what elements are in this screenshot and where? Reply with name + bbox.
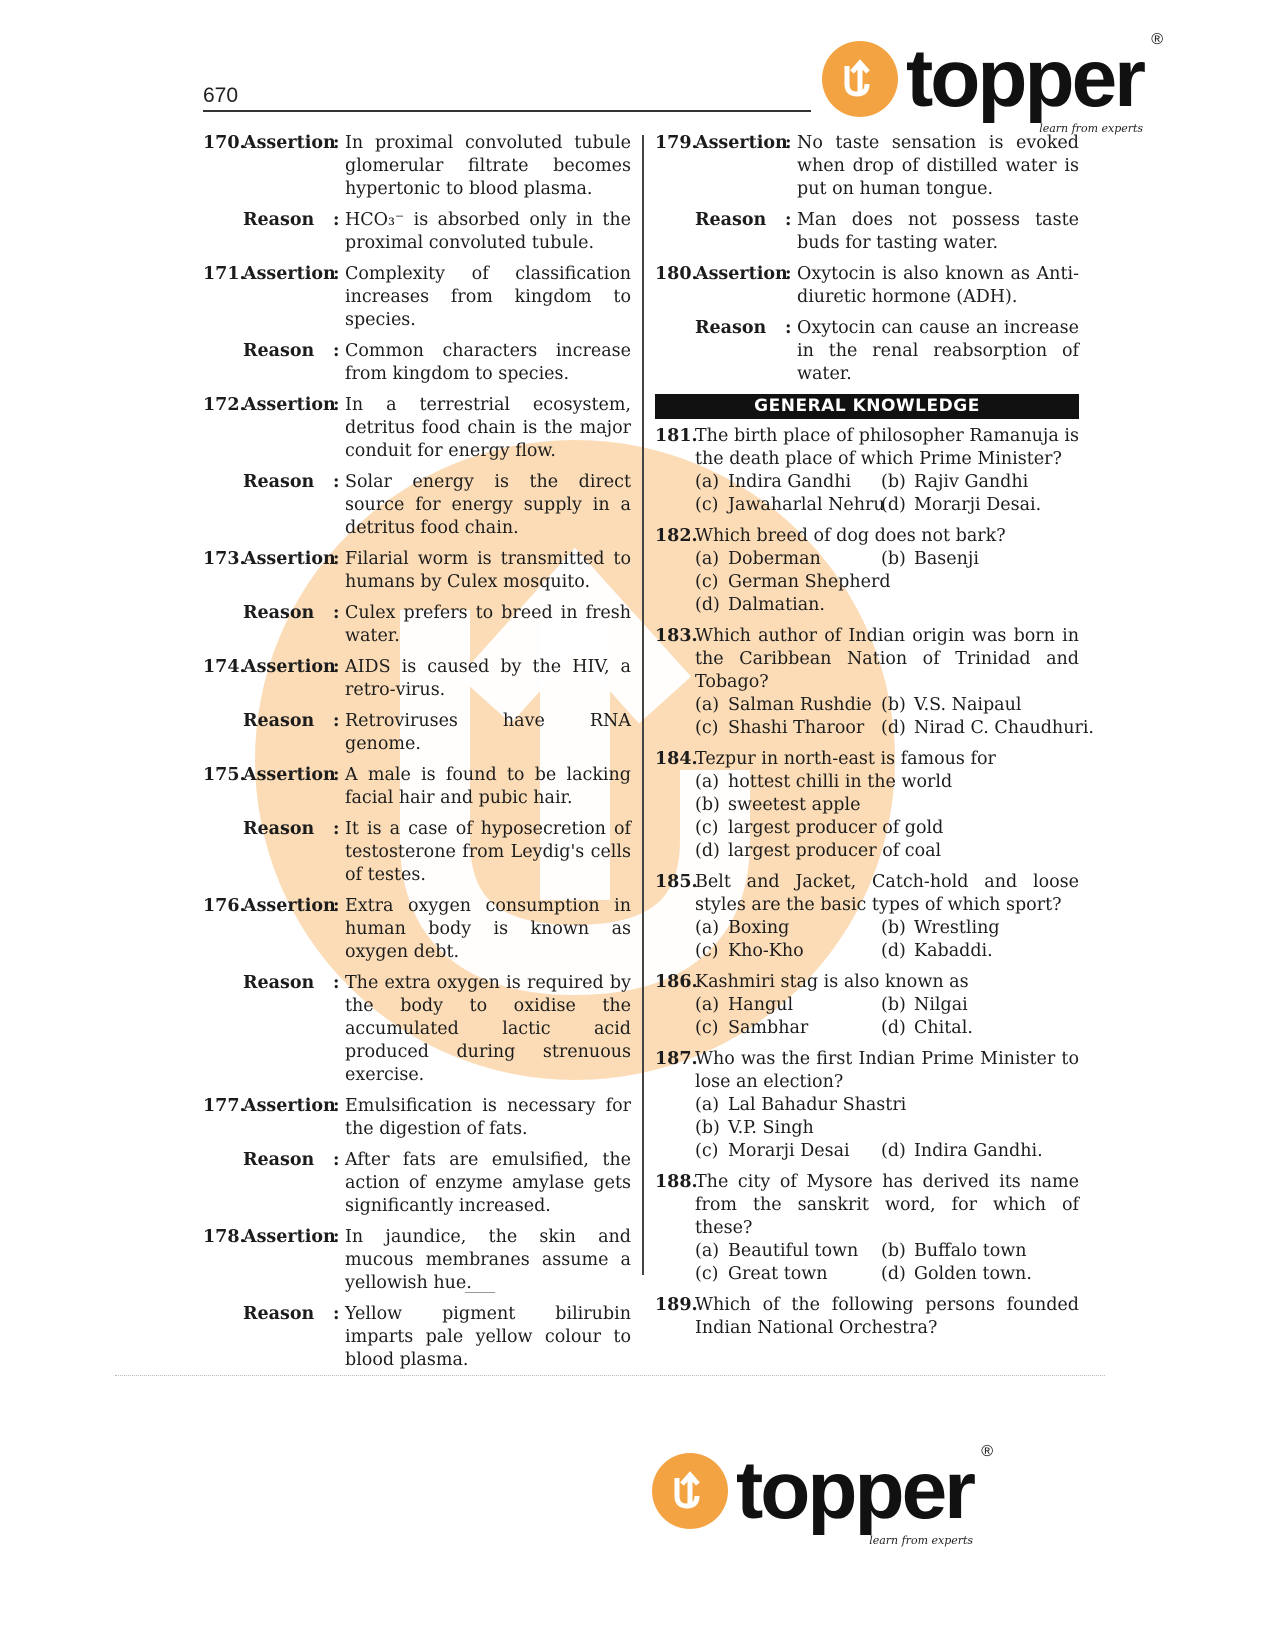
gk-question: 182.Which breed of dog does not bark?(a)… — [655, 525, 1079, 617]
option-key: (b) — [695, 794, 728, 817]
question-text: Which author of Indian origin was born i… — [695, 625, 1079, 694]
brand-wordmark: topper ® learn from experts — [906, 38, 1143, 120]
option-key: (b) — [695, 1117, 728, 1140]
question-number: 188. — [655, 1171, 695, 1240]
option-key: (b) — [881, 548, 914, 571]
question-head: 182.Which breed of dog does not bark? — [655, 525, 1079, 548]
option: (c)Jawaharlal Nehru — [695, 494, 881, 517]
colon: : — [333, 263, 345, 332]
option-text: Dalmatian. — [728, 595, 825, 615]
colon: : — [333, 471, 345, 540]
option-text: Boxing — [728, 918, 789, 938]
option: (d)Kabaddi. — [881, 940, 1079, 963]
assertion-row: 177.Assertion:Emulsification is necessar… — [203, 1095, 631, 1141]
option: (a)Beautiful town — [695, 1240, 881, 1263]
option-text: Buffalo town — [914, 1241, 1027, 1261]
question-number: 172. — [203, 394, 243, 463]
assertion-row: 171.Assertion:Complexity of classificati… — [203, 263, 631, 332]
assertion-text: AIDS is caused by the HIV, a retro-virus… — [345, 656, 631, 702]
colon: : — [333, 132, 345, 201]
colon: : — [333, 340, 345, 386]
option-key: (a) — [695, 771, 728, 794]
reason-text: Culex prefers to breed in fresh water. — [345, 602, 631, 648]
assertion-row: 175.Assertion:A male is found to be lack… — [203, 764, 631, 810]
option-text: Golden town. — [914, 1264, 1032, 1284]
option-text: Morarji Desai. — [914, 495, 1041, 515]
option: (a)Indira Gandhi — [695, 471, 881, 494]
question-text: Tezpur in north-east is famous for — [695, 748, 1079, 771]
page-number: 670 — [203, 84, 238, 108]
question-number: 189. — [655, 1294, 695, 1340]
assertion-row: 174.Assertion:AIDS is caused by the HIV,… — [203, 656, 631, 702]
option-text: sweetest apple — [728, 795, 860, 815]
assertion-label: Assertion — [243, 764, 333, 810]
option-key: (b) — [881, 1240, 914, 1263]
option-text: Kabaddi. — [914, 941, 993, 961]
colon: : — [333, 394, 345, 463]
question-number: 184. — [655, 748, 695, 771]
option: (c)Great town — [695, 1263, 881, 1286]
assertion-text: In a terrestrial ecosystem, detritus foo… — [345, 394, 631, 463]
option: (d)Golden town. — [881, 1263, 1079, 1286]
assertion-label: Assertion — [695, 132, 785, 201]
option: (b)V.P. Singh — [695, 1117, 1079, 1140]
gk-question: 187.Who was the first Indian Prime Minis… — [655, 1048, 1079, 1163]
option-text: Wrestling — [914, 918, 1000, 938]
option: (b)Wrestling — [881, 917, 1079, 940]
option-key: (a) — [695, 994, 728, 1017]
question-text: The city of Mysore has derived its name … — [695, 1171, 1079, 1240]
option-text: Sambhar — [728, 1018, 808, 1038]
option: (d)Indira Gandhi. — [881, 1140, 1079, 1163]
option-key: (b) — [881, 917, 914, 940]
assertion-row: 172.Assertion:In a terrestrial ecosystem… — [203, 394, 631, 463]
option-key: (c) — [695, 717, 728, 740]
option-key: (a) — [695, 1094, 728, 1117]
reason-text: Yellow pigment bilirubin imparts pale ye… — [345, 1303, 631, 1372]
option-text: German Shepherd — [728, 572, 891, 592]
option-text: Lal Bahadur Shastri — [728, 1095, 906, 1115]
question-number: 183. — [655, 625, 695, 694]
question-head: 184.Tezpur in north-east is famous for — [655, 748, 1079, 771]
assertion-label: Assertion — [243, 895, 333, 964]
option-text: Doberman — [728, 549, 821, 569]
colon: : — [333, 1095, 345, 1141]
left-column: 170.Assertion:In proximal convoluted tub… — [203, 132, 631, 1380]
option-text: Indira Gandhi. — [914, 1141, 1043, 1161]
question-number: 171. — [203, 263, 243, 332]
question-text: Who was the first Indian Prime Minister … — [695, 1048, 1079, 1094]
assertion-text: A male is found to be lacking facial hai… — [345, 764, 631, 810]
option-text: V.S. Naipaul — [914, 695, 1021, 715]
assertion-text: In jaundice, the skin and mucous membran… — [345, 1226, 631, 1295]
reason-label: Reason — [243, 710, 333, 756]
options-list: (a)Doberman(b)Basenji(c)German Shepherd(… — [695, 548, 1079, 617]
option-key: (c) — [695, 817, 728, 840]
reason-text: It is a case of hyposecretion of testost… — [345, 818, 631, 887]
option-key: (c) — [695, 571, 728, 594]
colon: : — [333, 710, 345, 756]
brand-wordmark: topper ® learn from experts — [736, 1450, 973, 1532]
option: (b)Basenji — [881, 548, 1079, 571]
reason-label: Reason — [243, 1149, 333, 1218]
question-head: 185.Belt and Jacket, Catch-hold and loos… — [655, 871, 1079, 917]
reason-row: 178.Reason:Yellow pigment bilirubin impa… — [203, 1303, 631, 1372]
reason-label: Reason — [243, 818, 333, 887]
right-column: 179.Assertion:No taste sensation is evok… — [655, 132, 1079, 1348]
brand-logo-bottom: topper ® learn from experts — [652, 1450, 973, 1532]
question-text: Which of the following persons founded I… — [695, 1294, 1079, 1340]
assertion-label: Assertion — [243, 394, 333, 463]
option-key: (a) — [695, 694, 728, 717]
assertion-row: 180.Assertion:Oxytocin is also known as … — [655, 263, 1079, 309]
colon: : — [333, 656, 345, 702]
colon: : — [785, 263, 797, 309]
option-key: (d) — [881, 1140, 914, 1163]
assertion-text: Filarial worm is transmitted to humans b… — [345, 548, 631, 594]
option-key: (b) — [881, 694, 914, 717]
assertion-text: Extra oxygen consumption in human body i… — [345, 895, 631, 964]
reason-label: Reason — [695, 209, 785, 255]
options-list: (a)Hangul(b)Nilgai(c)Sambhar(d)Chital. — [695, 994, 1079, 1040]
reason-label: Reason — [243, 340, 333, 386]
option: (a)hottest chilli in the world — [695, 771, 1079, 794]
option: (d)Chital. — [881, 1017, 1079, 1040]
assertion-row: 173.Assertion:Filarial worm is transmitt… — [203, 548, 631, 594]
option: (d)largest producer of coal — [695, 840, 1079, 863]
reason-row: 175.Reason:It is a case of hyposecretion… — [203, 818, 631, 887]
assertion-row: 179.Assertion:No taste sensation is evok… — [655, 132, 1079, 201]
option-key: (a) — [695, 1240, 728, 1263]
gk-question: 189.Which of the following persons found… — [655, 1294, 1079, 1340]
reason-row: 170.Reason:HCO₃⁻ is absorbed only in the… — [203, 209, 631, 255]
option-key: (d) — [881, 717, 914, 740]
brand-logo-top: topper ® learn from experts — [822, 38, 1143, 120]
option-key: (c) — [695, 494, 728, 517]
reason-label: Reason — [243, 1303, 333, 1372]
option: (d)Nirad C. Chaudhuri. — [881, 717, 1094, 740]
gk-question: 184.Tezpur in north-east is famous for(a… — [655, 748, 1079, 863]
option-text: largest producer of coal — [728, 841, 941, 861]
option: (c)Shashi Tharoor — [695, 717, 881, 740]
question-number: 179. — [655, 132, 695, 201]
reason-text: Man does not possess taste buds for tast… — [797, 209, 1079, 255]
assertion-label: Assertion — [243, 548, 333, 594]
assertion-label: Assertion — [243, 132, 333, 201]
colon: : — [785, 132, 797, 201]
option-key: (c) — [695, 940, 728, 963]
option-key: (d) — [881, 940, 914, 963]
reason-text: Oxytocin can cause an increase in the re… — [797, 317, 1079, 386]
option-key: (c) — [695, 1017, 728, 1040]
assertion-text: In proximal convoluted tubule glomerular… — [345, 132, 631, 201]
assertion-row: 178.Assertion:In jaundice, the skin and … — [203, 1226, 631, 1295]
colon: : — [333, 1149, 345, 1218]
question-number: 180. — [655, 263, 695, 309]
option-text: Basenji — [914, 549, 979, 569]
colon: : — [333, 1303, 345, 1372]
question-number: 174. — [203, 656, 243, 702]
options-list: (a)Beautiful town(b)Buffalo town(c)Great… — [695, 1240, 1079, 1286]
assertion-text: Emulsification is necessary for the dige… — [345, 1095, 631, 1141]
option-key: (b) — [881, 471, 914, 494]
colon: : — [333, 818, 345, 887]
colon: : — [333, 548, 345, 594]
question-head: 187.Who was the first Indian Prime Minis… — [655, 1048, 1079, 1094]
option-text: Indira Gandhi — [728, 472, 851, 492]
option: (b)V.S. Naipaul — [881, 694, 1094, 717]
reason-label: Reason — [243, 972, 333, 1087]
option-text: V.P. Singh — [728, 1118, 814, 1138]
brand-tagline: learn from experts — [869, 1535, 973, 1546]
assertion-label: Assertion — [695, 263, 785, 309]
section-header-general-knowledge: GENERAL KNOWLEDGE — [655, 394, 1079, 419]
question-head: 189.Which of the following persons found… — [655, 1294, 1079, 1340]
question-text: Belt and Jacket, Catch-hold and loose st… — [695, 871, 1079, 917]
reason-label: Reason — [695, 317, 785, 386]
option: (a)Salman Rushdie — [695, 694, 881, 717]
option-text: largest producer of gold — [728, 818, 943, 838]
question-text: The birth place of philosopher Ramanuja … — [695, 425, 1079, 471]
option: (d)Dalmatian. — [695, 594, 1079, 617]
gk-question: 185.Belt and Jacket, Catch-hold and loos… — [655, 871, 1079, 963]
option-key: (a) — [695, 917, 728, 940]
option-key: (d) — [881, 1017, 914, 1040]
colon: : — [333, 602, 345, 648]
option: (b)sweetest apple — [695, 794, 1079, 817]
assertion-label: Assertion — [243, 656, 333, 702]
assertion-text: Complexity of classification increases f… — [345, 263, 631, 332]
question-head: 186.Kashmiri stag is also known as — [655, 971, 1079, 994]
colon: : — [333, 764, 345, 810]
option-key: (a) — [695, 548, 728, 571]
u-arrow-up-icon — [652, 1453, 728, 1529]
question-head: 183.Which author of Indian origin was bo… — [655, 625, 1079, 694]
colon: : — [333, 972, 345, 1087]
reason-row: 172.Reason:Solar energy is the direct so… — [203, 471, 631, 540]
column-divider — [642, 135, 644, 1275]
option-key: (d) — [695, 594, 728, 617]
question-head: 188.The city of Mysore has derived its n… — [655, 1171, 1079, 1240]
option-key: (d) — [881, 1263, 914, 1286]
option-text: Rajiv Gandhi — [914, 472, 1028, 492]
reason-text: Retroviruses have RNA genome. — [345, 710, 631, 756]
reason-text: HCO₃⁻ is absorbed only in the proximal c… — [345, 209, 631, 255]
option: (b)Nilgai — [881, 994, 1079, 1017]
option: (a)Hangul — [695, 994, 881, 1017]
option-text: Nilgai — [914, 995, 968, 1015]
question-number: 176. — [203, 895, 243, 964]
reason-row: 179.Reason:Man does not possess taste bu… — [655, 209, 1079, 255]
reason-label: Reason — [243, 209, 333, 255]
option-text: hottest chilli in the world — [728, 772, 952, 792]
registered-mark: ® — [981, 1444, 993, 1460]
gk-question: 181.The birth place of philosopher Raman… — [655, 425, 1079, 517]
option: (c)Sambhar — [695, 1017, 881, 1040]
option-text: Salman Rushdie — [728, 695, 872, 715]
question-number: 178. — [203, 1226, 243, 1295]
options-list: (a)Boxing(b)Wrestling(c)Kho-Kho(d)Kabadd… — [695, 917, 1079, 963]
options-list: (a)Salman Rushdie(b)V.S. Naipaul(c)Shash… — [695, 694, 1079, 740]
question-number: 175. — [203, 764, 243, 810]
question-number: 186. — [655, 971, 695, 994]
header-rule — [203, 110, 811, 112]
reason-text: Common characters increase from kingdom … — [345, 340, 631, 386]
reason-row: 171.Reason:Common characters increase fr… — [203, 340, 631, 386]
option: (a)Boxing — [695, 917, 881, 940]
option: (c)Kho-Kho — [695, 940, 881, 963]
option-text: Chital. — [914, 1018, 973, 1038]
reason-label: Reason — [243, 471, 333, 540]
colon: : — [785, 209, 797, 255]
footer-mark — [465, 1292, 495, 1293]
question-number: 181. — [655, 425, 695, 471]
question-text: Which breed of dog does not bark? — [695, 525, 1079, 548]
question-number: 177. — [203, 1095, 243, 1141]
gk-question: 188.The city of Mysore has derived its n… — [655, 1171, 1079, 1286]
option-key: (c) — [695, 1140, 728, 1163]
colon: : — [333, 1226, 345, 1295]
option-text: Great town — [728, 1264, 828, 1284]
question-text: Kashmiri stag is also known as — [695, 971, 1079, 994]
reason-label: Reason — [243, 602, 333, 648]
assertion-label: Assertion — [243, 1095, 333, 1141]
assertion-row: 176.Assertion:Extra oxygen consumption i… — [203, 895, 631, 964]
option: (d)Morarji Desai. — [881, 494, 1079, 517]
option-text: Hangul — [728, 995, 793, 1015]
option-text: Beautiful town — [728, 1241, 858, 1261]
assertion-text: Oxytocin is also known as Anti-diuretic … — [797, 263, 1079, 309]
question-number: 187. — [655, 1048, 695, 1094]
question-number: 173. — [203, 548, 243, 594]
option-key: (c) — [695, 1263, 728, 1286]
option-text: Jawaharlal Nehru — [728, 495, 885, 515]
option: (c)largest producer of gold — [695, 817, 1079, 840]
option: (a)Lal Bahadur Shastri — [695, 1094, 1079, 1117]
colon: : — [333, 895, 345, 964]
option: (b)Buffalo town — [881, 1240, 1079, 1263]
option-text: Nirad C. Chaudhuri. — [914, 718, 1094, 738]
option: (a)Doberman — [695, 548, 881, 571]
option-key: (b) — [881, 994, 914, 1017]
option-text: Kho-Kho — [728, 941, 804, 961]
option-text: Morarji Desai — [728, 1141, 850, 1161]
reason-row: 176.Reason:The extra oxygen is required … — [203, 972, 631, 1087]
reason-row: 177.Reason:After fats are emulsified, th… — [203, 1149, 631, 1218]
question-number: 182. — [655, 525, 695, 548]
question-number: 185. — [655, 871, 695, 917]
assertion-label: Assertion — [243, 1226, 333, 1295]
option: (c)German Shepherd — [695, 571, 1079, 594]
option: (c)Morarji Desai — [695, 1140, 881, 1163]
colon: : — [785, 317, 797, 386]
option-key: (a) — [695, 471, 728, 494]
registered-mark: ® — [1151, 32, 1163, 48]
option-key: (d) — [881, 494, 914, 517]
reason-text: The extra oxygen is required by the body… — [345, 972, 631, 1087]
option: (b)Rajiv Gandhi — [881, 471, 1079, 494]
question-number: 170. — [203, 132, 243, 201]
options-list: (a)hottest chilli in the world(b)sweetes… — [695, 771, 1079, 863]
options-list: (a)Lal Bahadur Shastri(b)V.P. Singh(c)Mo… — [695, 1094, 1079, 1163]
option-text: Shashi Tharoor — [728, 718, 864, 738]
reason-row: 174.Reason:Retroviruses have RNA genome. — [203, 710, 631, 756]
assertion-text: No taste sensation is evoked when drop o… — [797, 132, 1079, 201]
gk-question: 183.Which author of Indian origin was bo… — [655, 625, 1079, 740]
reason-row: 180.Reason:Oxytocin can cause an increas… — [655, 317, 1079, 386]
colon: : — [333, 209, 345, 255]
question-head: 181.The birth place of philosopher Raman… — [655, 425, 1079, 471]
assertion-row: 170.Assertion:In proximal convoluted tub… — [203, 132, 631, 201]
u-arrow-up-icon — [822, 41, 898, 117]
reason-text: Solar energy is the direct source for en… — [345, 471, 631, 540]
assertion-label: Assertion — [243, 263, 333, 332]
reason-text: After fats are emulsified, the action of… — [345, 1149, 631, 1218]
reason-row: 173.Reason:Culex prefers to breed in fre… — [203, 602, 631, 648]
option-key: (d) — [695, 840, 728, 863]
gk-question: 186.Kashmiri stag is also known as(a)Han… — [655, 971, 1079, 1040]
scan-dotted-line — [115, 1375, 1105, 1376]
options-list: (a)Indira Gandhi(b)Rajiv Gandhi(c)Jawaha… — [695, 471, 1079, 517]
